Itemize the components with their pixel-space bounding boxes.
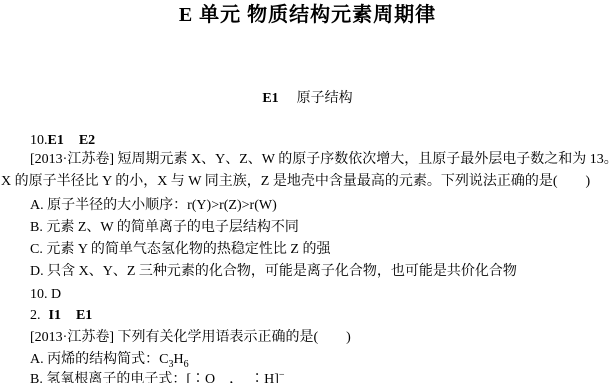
question-2-option-a: A. 丙烯的结构简式：C3H6 [30, 351, 189, 368]
topic-tag: E1 [48, 133, 64, 148]
question-2-option-b: B. 氢氧根离子的电子式：[∶O ， ∶H]− [30, 371, 285, 383]
question-2-header: 2.I1E1 [30, 307, 92, 324]
question-10-stem-line-1: [2013·江苏卷] 短周期元素 X、Y、Z、W 的原子序数依次增大，且原子最外… [30, 151, 615, 168]
topic-tag: E2 [79, 133, 95, 148]
option-a-text: A. 丙烯的结构简式：C [30, 352, 168, 367]
question-number: 10. [30, 133, 48, 148]
question-10-option-b: B. 元素 Z、W 的简单离子的电子层结构不同 [30, 219, 299, 236]
section-code: E1 [262, 91, 278, 106]
question-10-option-a: A. 原子半径的大小顺序：r(Y)>r(Z)>r(W) [30, 197, 277, 214]
formula-subscript: 6 [184, 359, 189, 370]
question-2-stem: [2013·江苏卷] 下列有关化学用语表示正确的是( ) [30, 329, 351, 346]
question-10-header: 10.E1E2 [30, 132, 95, 149]
formula-superscript: − [279, 369, 285, 380]
question-number: 2. [30, 308, 41, 323]
topic-tag: E1 [76, 308, 92, 323]
option-a-text: H [173, 352, 183, 367]
topic-tag: I1 [49, 308, 61, 323]
question-10-option-c: C. 元素 Y 的简单气态氢化物的热稳定性比 Z 的强 [30, 241, 330, 258]
option-b-text: B. 氢氧根离子的电子式：[∶O ， ∶H] [30, 372, 279, 383]
document-title: E 单元 物质结构元素周期律 [0, 7, 615, 24]
question-10-answer: 10. D [30, 286, 61, 303]
section-heading: E1原子结构 [0, 90, 615, 107]
question-10-stem-line-2: X 的原子半径比 Y 的小，X 与 W 同主族，Z 是地壳中含量最高的元素。下列… [1, 173, 590, 190]
document-page: E 单元 物质结构元素周期律 E1原子结构 10.E1E2 [2013·江苏卷]… [0, 0, 615, 383]
question-10-option-d: D. 只含 X、Y、Z 三种元素的化合物，可能是离子化合物，也可能是共价化合物 [30, 263, 517, 280]
section-name: 原子结构 [297, 91, 353, 106]
